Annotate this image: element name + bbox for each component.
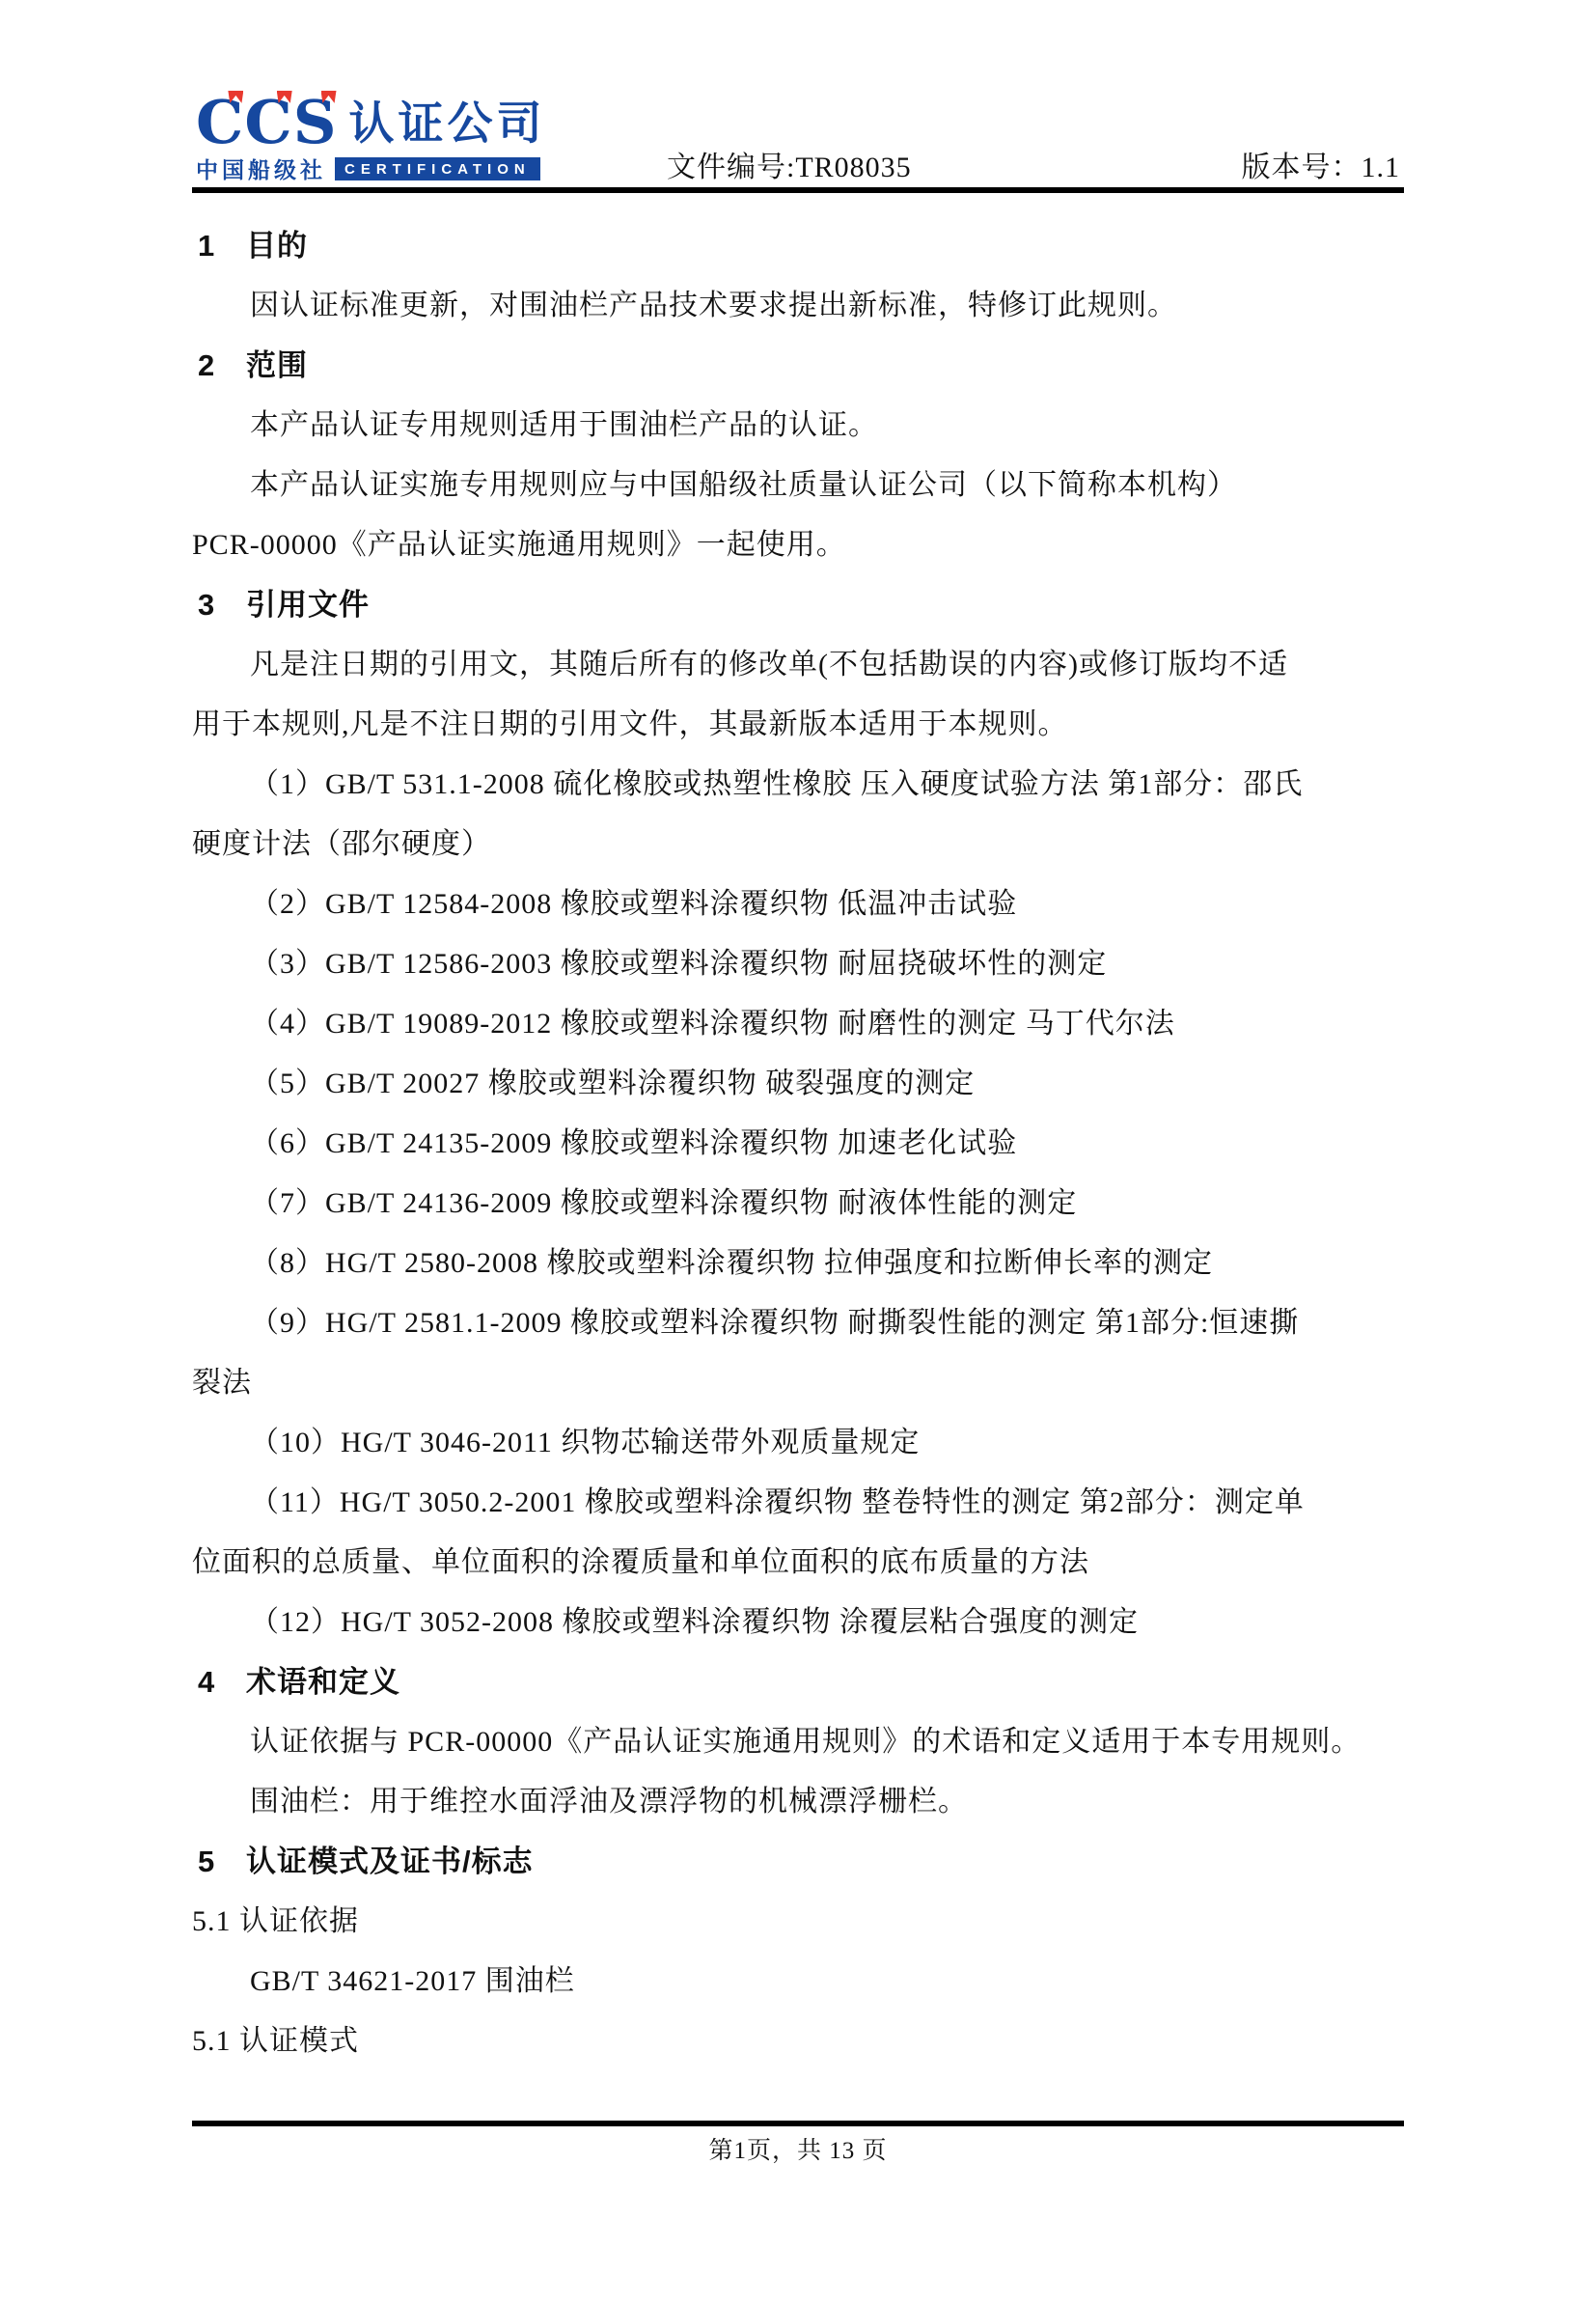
section-heading-1: 1目的 [192, 216, 1404, 276]
logo-subtitle-en: CERTIFICATION [335, 157, 540, 180]
heading-number: 1 [192, 216, 246, 276]
version-number: 版本号：1.1 [1242, 143, 1401, 185]
heading-number: 2 [192, 336, 246, 396]
ccs-letter: C [244, 97, 292, 148]
body-line: 本产品认证专用规则适用于围油栏产品的认证。 [192, 396, 1404, 456]
heading-title: 引用文件 [246, 588, 370, 622]
ccs-logo: CCS 认证公司 中国船级社 CERTIFICATION [196, 97, 546, 184]
reference-item: （3）GB/T 12586-2003 橡胶或塑料涂覆织物 耐屈挠破坏性的测定 [192, 934, 1404, 994]
reference-item: （11）HG/T 3050.2-2001 橡胶或塑料涂覆织物 整卷特性的测定 第… [192, 1473, 1404, 1533]
heading-title: 认证模式及证书/标志 [246, 1845, 534, 1878]
section-heading-2: 2范围 [192, 336, 1404, 396]
body-line: 因认证标准更新，对围油栏产品技术要求提出新标准，特修订此规则。 [192, 276, 1404, 336]
document-number: 文件编号:TR08035 [667, 143, 912, 185]
logo-company-name: 认证公司 [349, 100, 546, 148]
ccs-letter: S [293, 97, 338, 148]
reference-item-continuation: 位面积的总质量、单位面积的涂覆质量和单位面积的底布质量的方法 [192, 1533, 1404, 1593]
body-line: GB/T 34621-2017 围油栏 [192, 1952, 1404, 2012]
ccs-letter: C [196, 97, 244, 148]
reference-item-continuation: 硬度计法（邵尔硬度） [192, 815, 1404, 874]
ccs-logo-row-top: CCS 认证公司 [196, 97, 546, 148]
reference-item: （4）GB/T 19089-2012 橡胶或塑料涂覆织物 耐磨性的测定 马丁代尔… [192, 994, 1404, 1054]
body-line: 用于本规则,凡是不注日期的引用文件，其最新版本适用于本规则。 [192, 695, 1404, 755]
body-line: 围油栏：用于维控水面浮油及漂浮物的机械漂浮栅栏。 [192, 1772, 1404, 1832]
body-line: 凡是注日期的引用文，其随后所有的修改单(不包括勘误的内容)或修订版均不适 [192, 635, 1404, 695]
reference-item: （8）HG/T 2580-2008 橡胶或塑料涂覆织物 拉伸强度和拉断伸长率的测… [192, 1234, 1404, 1293]
reference-item: （7）GB/T 24136-2009 橡胶或塑料涂覆织物 耐液体性能的测定 [192, 1174, 1404, 1234]
ccs-logo-row-bottom: 中国船级社 CERTIFICATION [196, 153, 546, 184]
subsection-heading: 5.1 认证依据 [192, 1892, 1404, 1952]
reference-item: （1）GB/T 531.1-2008 硫化橡胶或热塑性橡胶 压入硬度试验方法 第… [192, 755, 1404, 815]
reference-item: （12）HG/T 3052-2008 橡胶或塑料涂覆织物 涂覆层粘合强度的测定 [192, 1593, 1404, 1652]
body-line: 本产品认证实施专用规则应与中国船级社质量认证公司（以下简称本机构） [192, 456, 1404, 515]
reference-item: （5）GB/T 20027 橡胶或塑料涂覆织物 破裂强度的测定 [192, 1054, 1404, 1114]
document-body: 1目的 因认证标准更新，对围油栏产品技术要求提出新标准，特修订此规则。 2范围 … [192, 193, 1404, 2071]
reference-item: （6）GB/T 24135-2009 橡胶或塑料涂覆织物 加速老化试验 [192, 1114, 1404, 1174]
heading-number: 5 [192, 1832, 246, 1892]
heading-title: 目的 [246, 229, 308, 263]
body-line: PCR-00000《产品认证实施通用规则》一起使用。 [192, 515, 1404, 575]
reference-item-continuation: 裂法 [192, 1353, 1404, 1413]
subsection-heading: 5.1 认证模式 [192, 2012, 1404, 2071]
heading-number: 4 [192, 1652, 246, 1712]
reference-item: （10）HG/T 3046-2011 织物芯输送带外观质量规定 [192, 1413, 1404, 1473]
page-footer: 第1页，共 13 页 [192, 2121, 1404, 2166]
heading-number: 3 [192, 575, 246, 635]
page-indicator: 第1页，共 13 页 [192, 2126, 1404, 2166]
heading-title: 术语和定义 [246, 1665, 400, 1699]
reference-item: （2）GB/T 12584-2008 橡胶或塑料涂覆织物 低温冲击试验 [192, 874, 1404, 934]
section-heading-3: 3引用文件 [192, 575, 1404, 635]
section-heading-5: 5认证模式及证书/标志 [192, 1832, 1404, 1892]
body-line: 认证依据与 PCR-00000《产品认证实施通用规则》的术语和定义适用于本专用规… [192, 1712, 1404, 1772]
section-heading-4: 4术语和定义 [192, 1652, 1404, 1712]
page-header: CCS 认证公司 中国船级社 CERTIFICATION 文件编号:TR0803… [192, 0, 1404, 193]
reference-item: （9）HG/T 2581.1-2009 橡胶或塑料涂覆织物 耐撕裂性能的测定 第… [192, 1293, 1404, 1353]
logo-subtitle-cn: 中国船级社 [196, 153, 326, 184]
heading-title: 范围 [246, 348, 308, 382]
document-page: CCS 认证公司 中国船级社 CERTIFICATION 文件编号:TR0803… [0, 0, 1596, 2303]
ccs-logo-icon: CCS [196, 97, 338, 148]
